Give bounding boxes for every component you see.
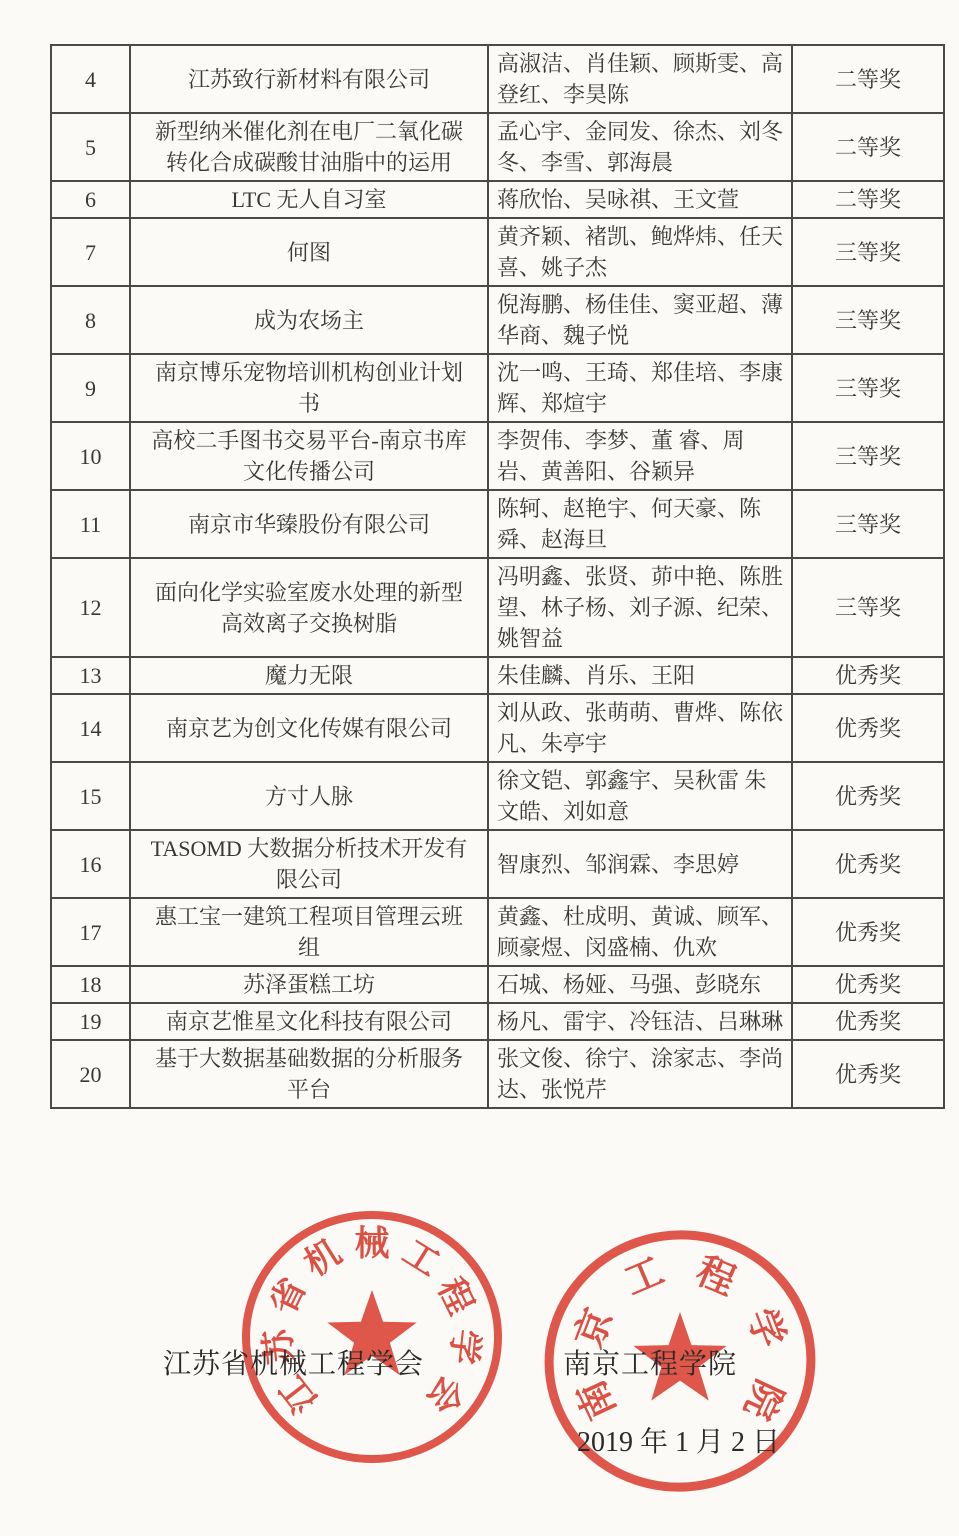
row-number-cell: 15 [51, 762, 130, 830]
row-number-cell: 19 [51, 1003, 130, 1040]
row-number-cell: 4 [51, 45, 130, 113]
row-number-cell: 20 [51, 1040, 130, 1108]
team-members-cell: 张文俊、徐宁、涂家志、李尚达、张悦芹 [488, 1040, 792, 1108]
team-members-cell: 蒋欣怡、吴咏祺、王文萱 [488, 181, 792, 218]
row-number-cell: 7 [51, 218, 130, 286]
award-level-cell: 优秀奖 [792, 1040, 944, 1108]
svg-text:械: 械 [354, 1225, 389, 1264]
awards-table-body: 4 江苏致行新材料有限公司 高淑洁、肖佳颖、顾斯雯、高登红、李昊陈 二等奖 5 … [51, 45, 944, 1108]
table-row: 17 惠工宝一建筑工程项目管理云班组 黄鑫、杜成明、黄诚、顾军、顾豪煜、闵盛楠、… [51, 898, 944, 966]
table-row: 8 成为农场主 倪海鹏、杨佳佳、窦亚超、薄华商、魏子悦 三等奖 [51, 286, 944, 354]
award-level-cell: 二等奖 [792, 113, 944, 181]
project-name-cell: 江苏致行新材料有限公司 [130, 45, 488, 113]
table-row: 12 面向化学实验室废水处理的新型高效离子交换树脂 冯明鑫、张贤、茆中艳、陈胜望… [51, 558, 944, 657]
team-members-cell: 冯明鑫、张贤、茆中艳、陈胜望、林子杨、刘子源、纪荣、姚智益 [488, 558, 792, 657]
team-members-cell: 智康烈、邹润霖、李思婷 [488, 830, 792, 898]
row-number-cell: 5 [51, 113, 130, 181]
svg-text:程: 程 [690, 1250, 741, 1304]
award-level-cell: 三等奖 [792, 490, 944, 558]
award-level-cell: 二等奖 [792, 45, 944, 113]
project-name-cell: LTC 无人自习室 [130, 181, 488, 218]
svg-text:工: 工 [396, 1232, 446, 1284]
row-number-cell: 8 [51, 286, 130, 354]
svg-text:学: 学 [443, 1327, 485, 1366]
row-number-cell: 6 [51, 181, 130, 218]
table-row: 6 LTC 无人自习室 蒋欣怡、吴咏祺、王文萱 二等奖 [51, 181, 944, 218]
award-level-cell: 优秀奖 [792, 966, 944, 1003]
row-number-cell: 9 [51, 354, 130, 422]
svg-text:程: 程 [430, 1272, 480, 1321]
table-row: 11 南京市华臻股份有限公司 陈轲、赵艳宇、何天豪、陈舜、赵海旦 三等奖 [51, 490, 944, 558]
award-level-cell: 三等奖 [792, 558, 944, 657]
team-members-cell: 朱佳麟、肖乐、王阳 [488, 657, 792, 694]
award-level-cell: 优秀奖 [792, 657, 944, 694]
left-org-signature: 江苏省机械工程学会 [163, 1342, 424, 1382]
svg-text:会: 会 [419, 1368, 471, 1420]
team-members-cell: 高淑洁、肖佳颖、顾斯雯、高登红、李昊陈 [488, 45, 792, 113]
project-name-cell: 方寸人脉 [130, 762, 488, 830]
row-number-cell: 13 [51, 657, 130, 694]
team-members-cell: 陈轲、赵艳宇、何天豪、陈舜、赵海旦 [488, 490, 792, 558]
team-members-cell: 倪海鹏、杨佳佳、窦亚超、薄华商、魏子悦 [488, 286, 792, 354]
table-row: 5 新型纳米催化剂在电厂二氧化碳转化合成碳酸甘油脂中的运用 孟心宇、金同发、徐杰… [51, 113, 944, 181]
svg-text:工: 工 [619, 1250, 670, 1304]
project-name-cell: 南京艺惟星文化科技有限公司 [130, 1003, 488, 1040]
row-number-cell: 10 [51, 422, 130, 490]
project-name-cell: 南京市华臻股份有限公司 [130, 490, 488, 558]
award-level-cell: 三等奖 [792, 422, 944, 490]
award-level-cell: 三等奖 [792, 354, 944, 422]
table-row: 19 南京艺惟星文化科技有限公司 杨凡、雷宇、冷钰洁、吕琳琳 优秀奖 [51, 1003, 944, 1040]
award-level-cell: 三等奖 [792, 286, 944, 354]
table-row: 7 何图 黄齐颖、褚凯、鲍烨炜、任天喜、姚子杰 三等奖 [51, 218, 944, 286]
project-name-cell: 面向化学实验室废水处理的新型高效离子交换树脂 [130, 558, 488, 657]
table-row: 18 苏泽蛋糕工坊 石城、杨娅、马强、彭晓东 优秀奖 [51, 966, 944, 1003]
project-name-cell: 南京博乐宠物培训机构创业计划书 [130, 354, 488, 422]
award-level-cell: 优秀奖 [792, 898, 944, 966]
left-stamp-seal: 江苏省机械工程学会 [237, 1202, 507, 1472]
project-name-cell: 惠工宝一建筑工程项目管理云班组 [130, 898, 488, 966]
team-members-cell: 孟心宇、金同发、徐杰、刘冬冬、李雪、郭海晨 [488, 113, 792, 181]
team-members-cell: 李贺伟、李梦、董 睿、周岩、黄善阳、谷颖异 [488, 422, 792, 490]
table-row: 14 南京艺为创文化传媒有限公司 刘从政、张萌萌、曹烨、陈依凡、朱亭宇 优秀奖 [51, 694, 944, 762]
row-number-cell: 11 [51, 490, 130, 558]
team-members-cell: 徐文铠、郭鑫宇、吴秋雷 朱文皓、刘如意 [488, 762, 792, 830]
team-members-cell: 黄鑫、杜成明、黄诚、顾军、顾豪煜、闵盛楠、仇欢 [488, 898, 792, 966]
project-name-cell: 何图 [130, 218, 488, 286]
team-members-cell: 石城、杨娅、马强、彭晓东 [488, 966, 792, 1003]
team-members-cell: 沈一鸣、王琦、郑佳培、李康辉、郑煊宇 [488, 354, 792, 422]
document-page: 4 江苏致行新材料有限公司 高淑洁、肖佳颖、顾斯雯、高登红、李昊陈 二等奖 5 … [0, 0, 959, 1536]
row-number-cell: 17 [51, 898, 130, 966]
svg-text:院: 院 [736, 1373, 790, 1425]
project-name-cell: 成为农场主 [130, 286, 488, 354]
project-name-cell: 基于大数据基础数据的分析服务平台 [130, 1040, 488, 1108]
row-number-cell: 14 [51, 694, 130, 762]
project-name-cell: 南京艺为创文化传媒有限公司 [130, 694, 488, 762]
table-row: 13 魔力无限 朱佳麟、肖乐、王阳 优秀奖 [51, 657, 944, 694]
project-name-cell: TASOMD 大数据分析技术开发有限公司 [130, 830, 488, 898]
table-row: 9 南京博乐宠物培训机构创业计划书 沈一鸣、王琦、郑佳培、李康辉、郑煊宇 三等奖 [51, 354, 944, 422]
project-name-cell: 苏泽蛋糕工坊 [130, 966, 488, 1003]
issue-date: 2019 年 1 月 2 日 [577, 1420, 780, 1460]
team-members-cell: 杨凡、雷宇、冷钰洁、吕琳琳 [488, 1003, 792, 1040]
svg-text:机: 机 [298, 1232, 348, 1284]
award-level-cell: 优秀奖 [792, 830, 944, 898]
table-row: 15 方寸人脉 徐文铠、郭鑫宇、吴秋雷 朱文皓、刘如意 优秀奖 [51, 762, 944, 830]
award-level-cell: 优秀奖 [792, 1003, 944, 1040]
award-level-cell: 二等奖 [792, 181, 944, 218]
award-level-cell: 优秀奖 [792, 762, 944, 830]
award-level-cell: 优秀奖 [792, 694, 944, 762]
table-row: 20 基于大数据基础数据的分析服务平台 张文俊、徐宁、涂家志、李尚达、张悦芹 优… [51, 1040, 944, 1108]
svg-text:省: 省 [263, 1272, 313, 1321]
table-row: 10 高校二手图书交易平台-南京书库文化传播公司 李贺伟、李梦、董 睿、周岩、黄… [51, 422, 944, 490]
table-row: 16 TASOMD 大数据分析技术开发有限公司 智康烈、邹润霖、李思婷 优秀奖 [51, 830, 944, 898]
team-members-cell: 黄齐颖、褚凯、鲍烨炜、任天喜、姚子杰 [488, 218, 792, 286]
row-number-cell: 18 [51, 966, 130, 1003]
right-org-signature: 南京工程学院 [563, 1342, 737, 1382]
project-name-cell: 新型纳米催化剂在电厂二氧化碳转化合成碳酸甘油脂中的运用 [130, 113, 488, 181]
project-name-cell: 魔力无限 [130, 657, 488, 694]
row-number-cell: 16 [51, 830, 130, 898]
project-name-cell: 高校二手图书交易平台-南京书库文化传播公司 [130, 422, 488, 490]
table-row: 4 江苏致行新材料有限公司 高淑洁、肖佳颖、顾斯雯、高登红、李昊陈 二等奖 [51, 45, 944, 113]
svg-text:学: 学 [739, 1303, 792, 1354]
row-number-cell: 12 [51, 558, 130, 657]
award-level-cell: 三等奖 [792, 218, 944, 286]
awards-table: 4 江苏致行新材料有限公司 高淑洁、肖佳颖、顾斯雯、高登红、李昊陈 二等奖 5 … [50, 44, 945, 1109]
team-members-cell: 刘从政、张萌萌、曹烨、陈依凡、朱亭宇 [488, 694, 792, 762]
